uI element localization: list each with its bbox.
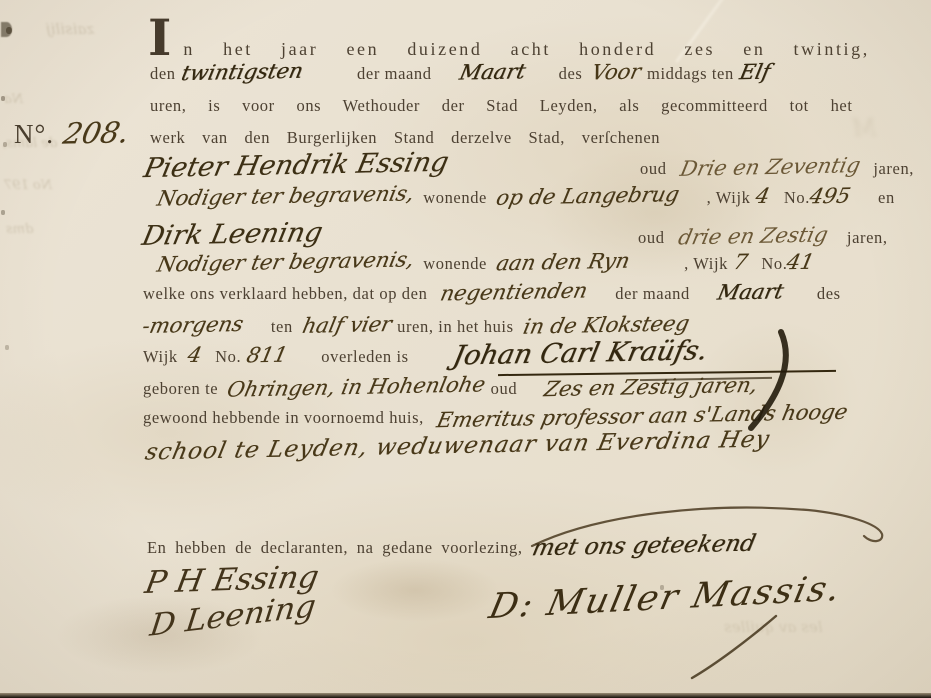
declarant1-age: Drie en Zeventig (678, 153, 863, 181)
line1-printed: n het jaar een duizend acht honderd zes … (183, 39, 869, 60)
dropcap-initial: I (148, 18, 171, 58)
line2-month-handwritten: Maart (457, 59, 527, 84)
record-line-1: I n het jaar een duizend acht honderd ze… (148, 18, 870, 60)
record-line-3: uren, is voor ons Wethouder der Stad Ley… (150, 96, 853, 116)
line7-printed-jaren: jaren, (847, 228, 888, 248)
line6-printed-no: No. (784, 188, 810, 208)
line3-printed: uren, is voor ons Wethouder der Stad Ley… (150, 96, 853, 116)
record-line-8: Nodiger ter begravenis, wonende aan den … (158, 250, 814, 274)
death-street-handwritten: in de Kloksteeg (521, 311, 692, 338)
bleedthrough-text: dms (6, 222, 33, 237)
line2-daypart-handwritten: Voor (590, 59, 644, 84)
line8-printed-wijk: , Wijk (684, 254, 728, 274)
death-day-handwritten: negentienden (439, 278, 591, 305)
line10-printed-ten: ten (271, 317, 293, 337)
ink-specks (0, 0, 4, 5)
line6-printed-en: en (878, 188, 895, 208)
line12-printed-oud: oud (491, 379, 518, 399)
record-number-label: N°. (14, 119, 54, 150)
line6-printed-wonende: wonende (423, 188, 487, 208)
line11-printed-overleden-is: overleden is (321, 347, 408, 367)
declarant1-wijk-number: 4 (754, 184, 772, 208)
line9-printed-welke: welke ons verklaard hebben, dat op den (143, 284, 427, 304)
profession-continued-handwritten: school te Leyden, weduwenaar van Everdin… (143, 426, 772, 465)
declarant2-wijk-number: 7 (731, 250, 749, 274)
record-number: N°. 208. (14, 116, 129, 150)
declarant2-house-number: 41 (785, 250, 817, 275)
declarant2-age-group: oud drie en Zestig jaren, (638, 224, 888, 248)
record-line-12: geboren te Ohringen, in Hohenlohe oud Ze… (143, 375, 757, 399)
declarant2-occupation: Nodiger ter begravenis, (155, 247, 416, 276)
declarant1-age-group: oud Drie en Zeventig jaren, (640, 155, 914, 179)
line13-printed-gewoond: gewoond hebbende in voornoemd huis, (143, 408, 424, 428)
record-line-4: werk van den Burgerlijken Stand derzelve… (150, 128, 660, 148)
record-line-7: Dirk Leening oud drie en Zestig jaren, (143, 219, 322, 250)
deceased-name: Johan Carl Kraüfs. (450, 335, 710, 371)
declarant2-name: Dirk Leening (139, 217, 325, 252)
line9-printed-des: des (817, 284, 841, 304)
scan-edge (0, 693, 931, 698)
line10-printed-uren: uren, in het huis (397, 317, 514, 337)
death-hour-handwritten: half vier (300, 312, 394, 338)
line7-printed-oud: oud (638, 228, 665, 248)
ink-stroke-kraufs (737, 328, 801, 436)
death-daypart-handwritten: -morgens (140, 312, 245, 338)
line9-printed-der-maand: der maand (615, 284, 690, 304)
line8-printed-wonende: wonende (423, 254, 487, 274)
bleedthrough-text: Na (4, 92, 23, 107)
line6-printed-wijk: , Wijk (707, 188, 751, 208)
declarant1-address: op de Langebrug (494, 182, 682, 210)
signature-flourish (528, 500, 892, 552)
death-month-handwritten: Maart (715, 279, 785, 304)
line2-printed-middags-ten: middags ten (647, 64, 734, 84)
line8-printed-no: No. (761, 254, 787, 274)
death-house-number: 811 (245, 343, 290, 368)
declarant1-house-number: 495 (807, 184, 852, 209)
signature-descender (688, 612, 784, 684)
record-line-6: Nodiger ter begravenis, wonende op de La… (158, 184, 895, 208)
declarant1-name: Pieter Hendrik Essing (141, 147, 451, 184)
deceased-age-handwritten: Zes en Zestig jaren, (542, 373, 760, 401)
bleedthrough-text: No 197 (4, 178, 52, 193)
record-line-2: den twintigsten der maand Maart des Voor… (150, 60, 770, 84)
line2-printed-des: des (559, 64, 583, 84)
line11-printed-no: No. (215, 347, 241, 367)
line5-printed-jaren: jaren, (873, 159, 914, 179)
line2-day-handwritten: twintigsten (179, 59, 305, 86)
death-wijk-number: 4 (185, 343, 203, 367)
record-line-5: Pieter Hendrik Essing oud Drie en Zevent… (145, 150, 448, 181)
line12-printed-geboren-te: geboren te (143, 379, 218, 399)
line2-printed-der-maand: der maand (357, 64, 432, 84)
document-scan: zaisilij Na de lams, No 197 dms M les av… (0, 0, 931, 698)
line2-hour-handwritten: Elf (737, 60, 772, 85)
closing-printed: En hebben de declaranten, na gedane voor… (147, 538, 523, 558)
record-line-14: school te Leyden, weduwenaar van Everdin… (147, 433, 768, 459)
paper-stain (330, 558, 500, 622)
bleedthrough-text: M (852, 114, 877, 142)
line5-printed-oud: oud (640, 159, 667, 179)
declarant2-address: aan den Ryn (494, 249, 632, 276)
declarant1-occupation: Nodiger ter begravenis, (155, 181, 416, 210)
edge-mark (1, 22, 12, 37)
record-number-value: 208. (60, 115, 132, 150)
line11-printed-wijk: Wijk (143, 347, 178, 367)
declarant2-age: drie en Zestig (676, 222, 830, 249)
birthplace-handwritten: Ohringen, in Hohenlohe (225, 372, 488, 401)
line2-printed-den: den (150, 64, 176, 84)
record-line-9: welke ons verklaard hebben, dat op den n… (143, 280, 841, 304)
line4-printed: werk van den Burgerlijken Stand derzelve… (150, 128, 660, 148)
record-line-10: -morgens ten half vier uren, in het huis… (143, 313, 688, 337)
record-line-11: Wijk 4 No. 811 overleden is Johan Carl K… (143, 338, 706, 369)
bleedthrough-text: zaisilij (46, 20, 94, 38)
